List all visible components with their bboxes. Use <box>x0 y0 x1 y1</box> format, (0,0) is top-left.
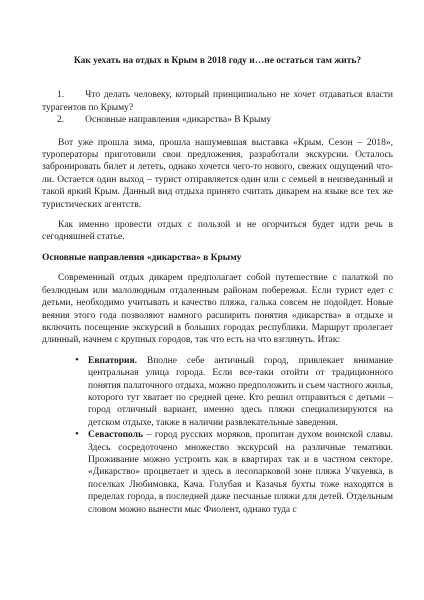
destination-description: Вполне себе античный город, привлекает в… <box>88 356 393 428</box>
destination-description: – город русских моряков, пропитан духом … <box>88 430 393 514</box>
destination-name: Евпатория. <box>88 356 137 366</box>
item-text: Что делать человеку, который принципиаль… <box>42 90 393 112</box>
document-title: Как уехать на отдых в Крым в 2018 году и… <box>42 55 393 67</box>
document-page: Как уехать на отдых в Крым в 2018 году и… <box>0 0 424 600</box>
intro-paragraph-1: Вот уже прошла зима, прошла нашумевшая в… <box>42 137 393 211</box>
destination-item-sevastopol: Севастополь – город русских моряков, про… <box>42 429 393 516</box>
numbered-item-2: 2.Основные направления «дикарства» В Кры… <box>42 114 393 126</box>
section-heading: Основные направления «дикарства» в Крыму <box>42 252 393 264</box>
item-number: 2. <box>57 115 64 125</box>
item-text: Основные направления «дикарства» В Крыму <box>85 115 271 125</box>
destinations-list: Евпатория. Вполне себе античный город, п… <box>42 355 393 516</box>
numbered-item-1: 1.Что делать человеку, который принципиа… <box>42 89 393 114</box>
numbered-question-list: 1.Что делать человеку, который принципиа… <box>42 89 393 126</box>
destination-name: Севастополь <box>88 430 143 440</box>
item-number: 1. <box>57 90 64 100</box>
destination-item-evpatoria: Евпатория. Вполне себе античный город, п… <box>42 355 393 429</box>
section-paragraph: Современный отдых дикарем предполагает с… <box>42 272 393 346</box>
intro-paragraph-2: Как именно провести отдых с пользой и не… <box>42 219 393 244</box>
